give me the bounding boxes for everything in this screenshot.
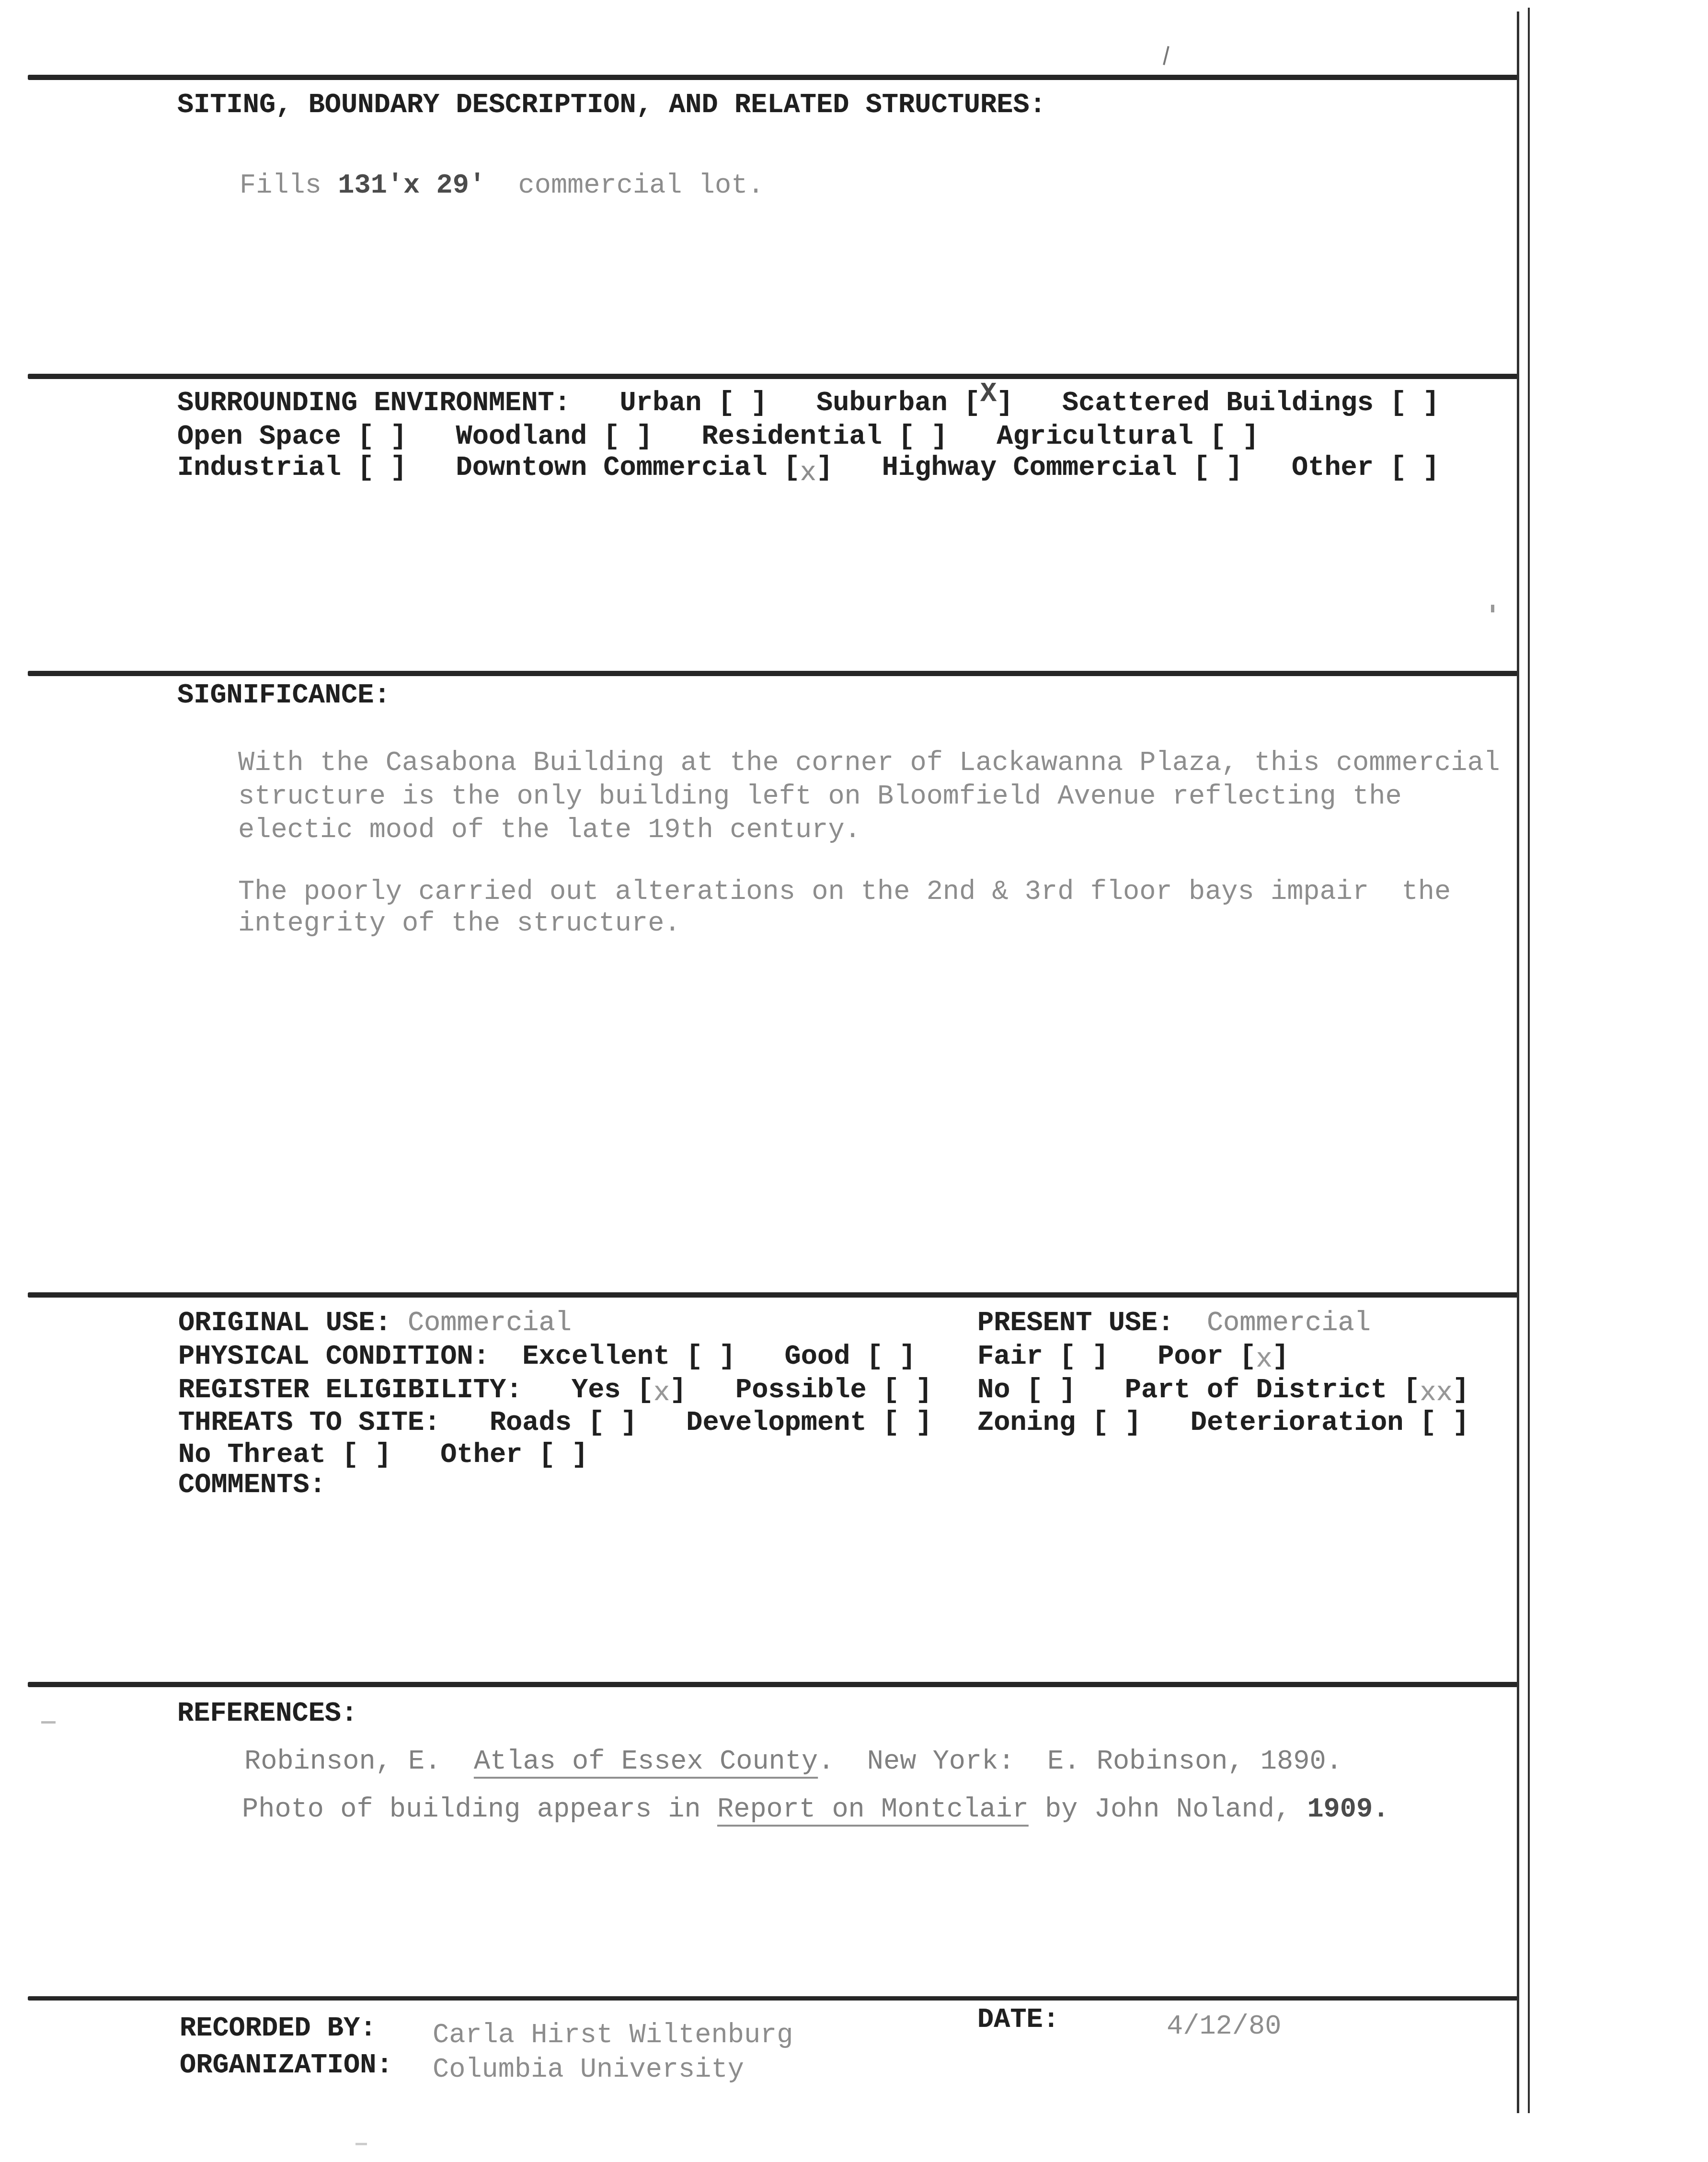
environment-line3-text: Industrial [ ] Downtown Commercial [ [177, 453, 800, 483]
section-divider [28, 671, 1518, 676]
siting-entry-suffix: commercial lot. [485, 171, 764, 201]
scan-artifact [1163, 46, 1169, 65]
threats-text: Zoning [ ] Deterioration [ ] [977, 1408, 1469, 1438]
organization-label: ORGANIZATION: [180, 2052, 393, 2080]
scan-artifact [355, 2143, 367, 2145]
present-use-label: PRESENT USE: [977, 1308, 1174, 1339]
register-eligibility-text: No [ ] Part of District [ [977, 1375, 1420, 1406]
scan-artifact [1491, 605, 1494, 612]
date-value: 4/12/80 [1167, 2013, 1281, 2041]
no-threat-text: No Threat [ ] Other [ ] [178, 1440, 588, 1471]
register-eligibility-tail: ] [1453, 1375, 1469, 1406]
page-edge-line [1517, 11, 1519, 2113]
environment-line1-text: SURROUNDING ENVIRONMENT: Urban [ ] Subur… [177, 388, 980, 419]
significance-text: integrity of the structure. [238, 908, 681, 939]
checkbox-mark-part-of-district: xx [1420, 1380, 1453, 1407]
section-divider [28, 1682, 1518, 1687]
significance-text: electic mood of the late 19th century. [238, 815, 861, 846]
present-use-value: Commercial [1207, 1308, 1371, 1339]
reference-year: 1909. [1307, 1794, 1389, 1825]
register-eligibility-tail: ] Possible [ ] [670, 1375, 932, 1406]
section-divider [28, 1996, 1518, 2001]
significance-heading-text: SIGNIFICANCE: [177, 680, 390, 711]
register-eligibility-row-left: REGISTER ELIGIBILITY: Yes [x] Possible [… [178, 1377, 932, 1404]
comments-label-text: COMMENTS: [178, 1470, 326, 1501]
present-use-row: PRESENT USE: Commercial [977, 1310, 1371, 1337]
reference-title-underlined: Atlas of Essex County [474, 1747, 818, 1777]
reference-title-underlined: Report on Montclair [717, 1794, 1029, 1825]
significance-paragraph1-line3: electic mood of the late 19th century. [238, 817, 861, 844]
organization-label-text: ORGANIZATION: [180, 2050, 393, 2081]
register-eligibility-row-right: No [ ] Part of District [xx] [977, 1377, 1469, 1404]
significance-paragraph2-line1: The poorly carried out alterations on th… [238, 879, 1451, 906]
scan-artifact [41, 1721, 56, 1724]
organization-value: Columbia University [433, 2057, 744, 2084]
significance-paragraph1-line1: With the Casabona Building at the corner… [238, 750, 1500, 777]
significance-text: With the Casabona Building at the corner… [238, 748, 1500, 779]
checkbox-mark-poor: x [1256, 1346, 1272, 1374]
significance-paragraph1-line2: structure is the only building left on B… [238, 783, 1402, 811]
original-use-value: Commercial [408, 1308, 572, 1339]
environment-line-3: Industrial [ ] Downtown Commercial [x] H… [177, 455, 1439, 482]
page-edge-line [1528, 8, 1530, 2113]
date-label-text: DATE: [977, 2005, 1059, 2035]
siting-entry-dimensions: 131'x 29' [338, 171, 485, 201]
environment-line1-tail: ] Scattered Buildings [ ] [997, 388, 1439, 419]
no-threat-row: No Threat [ ] Other [ ] [178, 1442, 588, 1469]
recorded-by-label-text: RECORDED BY: [180, 2013, 376, 2044]
siting-entry: Fills 131'x 29' commercial lot. [240, 172, 764, 200]
recorded-by-value: Carla Hirst Wiltenburg [433, 2022, 793, 2049]
checkbox-mark-suburban: X [980, 381, 997, 408]
physical-condition-row-right: Fair [ ] Poor [x] [977, 1344, 1289, 1371]
physical-condition-tail: ] [1272, 1342, 1289, 1372]
significance-paragraph2-line2: integrity of the structure. [238, 910, 681, 938]
threats-row-left: THREATS TO SITE: Roads [ ] Development [… [178, 1410, 932, 1437]
reference-text: by John Noland, [1029, 1794, 1307, 1825]
significance-text: structure is the only building left on B… [238, 782, 1402, 812]
scanned-survey-form-page: SITING, BOUNDARY DESCRIPTION, AND RELATE… [0, 0, 1708, 2162]
organization-value-text: Columbia University [433, 2055, 744, 2085]
reference-text: Photo of building appears in [242, 1794, 717, 1825]
references-section-heading: REFERENCES: [177, 1701, 357, 1728]
original-use-label: ORIGINAL USE: [178, 1308, 391, 1339]
reference-entry-1: Robinson, E. Atlas of Essex County. New … [244, 1748, 1342, 1776]
checkbox-mark-yes: x [653, 1380, 670, 1407]
environment-line3-tail: ] Highway Commercial [ ] Other [ ] [816, 453, 1439, 483]
date-label: DATE: [977, 2007, 1059, 2034]
comments-label: COMMENTS: [178, 1472, 326, 1499]
physical-condition-text: PHYSICAL CONDITION: Excellent [ ] Good [… [178, 1342, 916, 1372]
section-divider [28, 75, 1518, 80]
section-divider [28, 1292, 1518, 1298]
siting-section-heading: SITING, BOUNDARY DESCRIPTION, AND RELATE… [177, 92, 1046, 119]
recorded-by-label: RECORDED BY: [180, 2015, 376, 2043]
significance-text: The poorly carried out alterations on th… [238, 877, 1451, 908]
checkbox-mark-downtown-commercial: x [800, 460, 816, 487]
environment-line-1: SURROUNDING ENVIRONMENT: Urban [ ] Subur… [177, 390, 1439, 417]
siting-entry-prefix: Fills [240, 171, 338, 201]
threats-text: THREATS TO SITE: Roads [ ] Development [… [178, 1408, 932, 1438]
physical-condition-row-left: PHYSICAL CONDITION: Excellent [ ] Good [… [178, 1344, 916, 1371]
physical-condition-text: Fair [ ] Poor [ [977, 1342, 1256, 1372]
environment-line2-text: Open Space [ ] Woodland [ ] Residential … [177, 422, 1259, 452]
threats-row-right: Zoning [ ] Deterioration [ ] [977, 1410, 1469, 1437]
date-value-text: 4/12/80 [1167, 2012, 1281, 2042]
section-divider [28, 374, 1518, 379]
environment-line-2: Open Space [ ] Woodland [ ] Residential … [177, 424, 1259, 451]
reference-text: Robinson, E. [244, 1747, 474, 1777]
original-use-row: ORIGINAL USE: Commercial [178, 1310, 572, 1337]
recorded-by-value-text: Carla Hirst Wiltenburg [433, 2020, 793, 2051]
reference-entry-2: Photo of building appears in Report on M… [242, 1796, 1389, 1824]
references-heading-text: REFERENCES: [177, 1699, 357, 1729]
significance-section-heading: SIGNIFICANCE: [177, 682, 390, 710]
siting-heading-text: SITING, BOUNDARY DESCRIPTION, AND RELATE… [177, 90, 1046, 121]
reference-text: . New York: E. Robinson, 1890. [818, 1747, 1342, 1777]
register-eligibility-text: REGISTER ELIGIBILITY: Yes [ [178, 1375, 653, 1406]
